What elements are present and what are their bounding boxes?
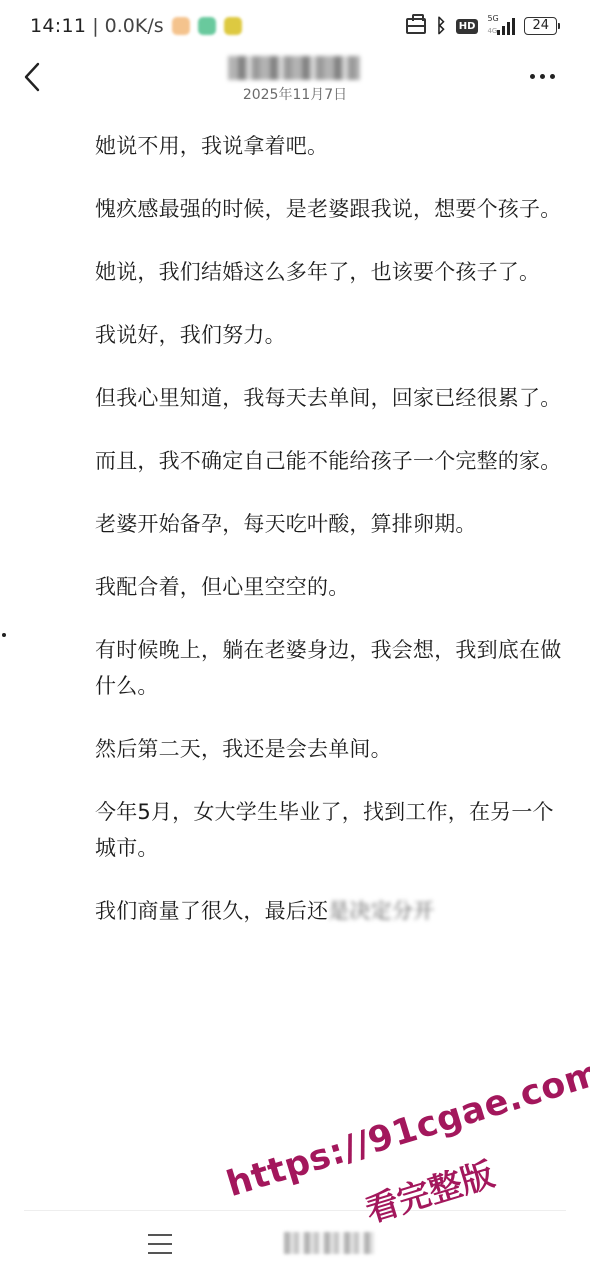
bottom-label-blurred (284, 1232, 374, 1254)
green-app-notification-icon (198, 17, 216, 35)
paragraph: 她说，我们结婚这么多年了，也该要个孩子了。 (95, 254, 570, 290)
bottom-bar (0, 1212, 590, 1280)
paragraph: 但我心里知道，我每天去单间，回家已经很累了。 (95, 380, 570, 416)
hamburger-line (148, 1252, 172, 1254)
more-options-button[interactable] (530, 66, 564, 86)
yellow-app-notification-icon (224, 17, 242, 35)
status-time: 14:11 (30, 15, 86, 37)
paragraph: 老婆开始备孕，每天吃叶酸，算排卵期。 (95, 506, 570, 542)
paragraph-blurred-text: 是决定分开 (328, 899, 434, 923)
hamburger-line (148, 1234, 172, 1236)
paragraph: 而且，我不确定自己能不能给孩子一个完整的家。 (95, 443, 570, 479)
status-left: 14:11 | 0.0K/s (30, 15, 242, 37)
paragraph-truncated: 我们商量了很久，最后还是决定分开 (95, 893, 570, 929)
notification-icons (172, 17, 242, 35)
network-speed: 0.0K/s (105, 15, 164, 37)
battery-level: 24 (524, 17, 557, 35)
bottom-divider (24, 1210, 566, 1211)
work-profile-icon (406, 18, 426, 34)
status-separator: | (92, 15, 98, 37)
more-dot-icon (550, 74, 555, 79)
hamburger-line (148, 1243, 172, 1245)
stray-dot (2, 633, 6, 637)
orange-app-notification-icon (172, 17, 190, 35)
menu-button[interactable] (148, 1234, 172, 1254)
watermark-url: https://91cgae.com (222, 1053, 590, 1205)
paragraph: 今年5月，女大学生毕业了，找到工作，在另一个城市。 (95, 794, 570, 866)
author-name-blurred (228, 56, 360, 80)
more-dot-icon (530, 74, 535, 79)
signal-5g-label: 5G (487, 14, 498, 23)
paragraph: 然后第二天，我还是会去单间。 (95, 731, 570, 767)
bluetooth-icon: ᛒ (435, 17, 446, 36)
article-body: 她说不用，我说拿着吧。 愧疚感最强的时候，是老婆跟我说，想要个孩子。 她说，我们… (95, 128, 570, 956)
more-dot-icon (540, 74, 545, 79)
paragraph: 我配合着，但心里空空的。 (95, 569, 570, 605)
battery-icon: 24 (524, 17, 560, 35)
hd-voice-icon: HD (456, 19, 479, 34)
paragraph: 愧疚感最强的时候，是老婆跟我说，想要个孩子。 (95, 191, 570, 227)
signal-4g-label: 4G (487, 27, 497, 35)
article-header: 2025年11月7日 (0, 52, 590, 114)
paragraph: 有时候晚上，躺在老婆身边，我会想，我到底在做什么。 (95, 632, 570, 704)
paragraph-visible-text: 我们商量了很久，最后还 (95, 899, 328, 923)
status-right: ᛒ HD 5G 4G 24 (406, 17, 560, 36)
publish-date: 2025年11月7日 (0, 84, 590, 104)
paragraph: 我说好，我们努力。 (95, 317, 570, 353)
cellular-signal-icon: 5G 4G (487, 17, 515, 35)
paragraph: 她说不用，我说拿着吧。 (95, 128, 570, 164)
status-bar: 14:11 | 0.0K/s ᛒ HD 5G 4G 24 (0, 0, 590, 52)
screen: 14:11 | 0.0K/s ᛒ HD 5G 4G 24 (0, 0, 590, 1280)
